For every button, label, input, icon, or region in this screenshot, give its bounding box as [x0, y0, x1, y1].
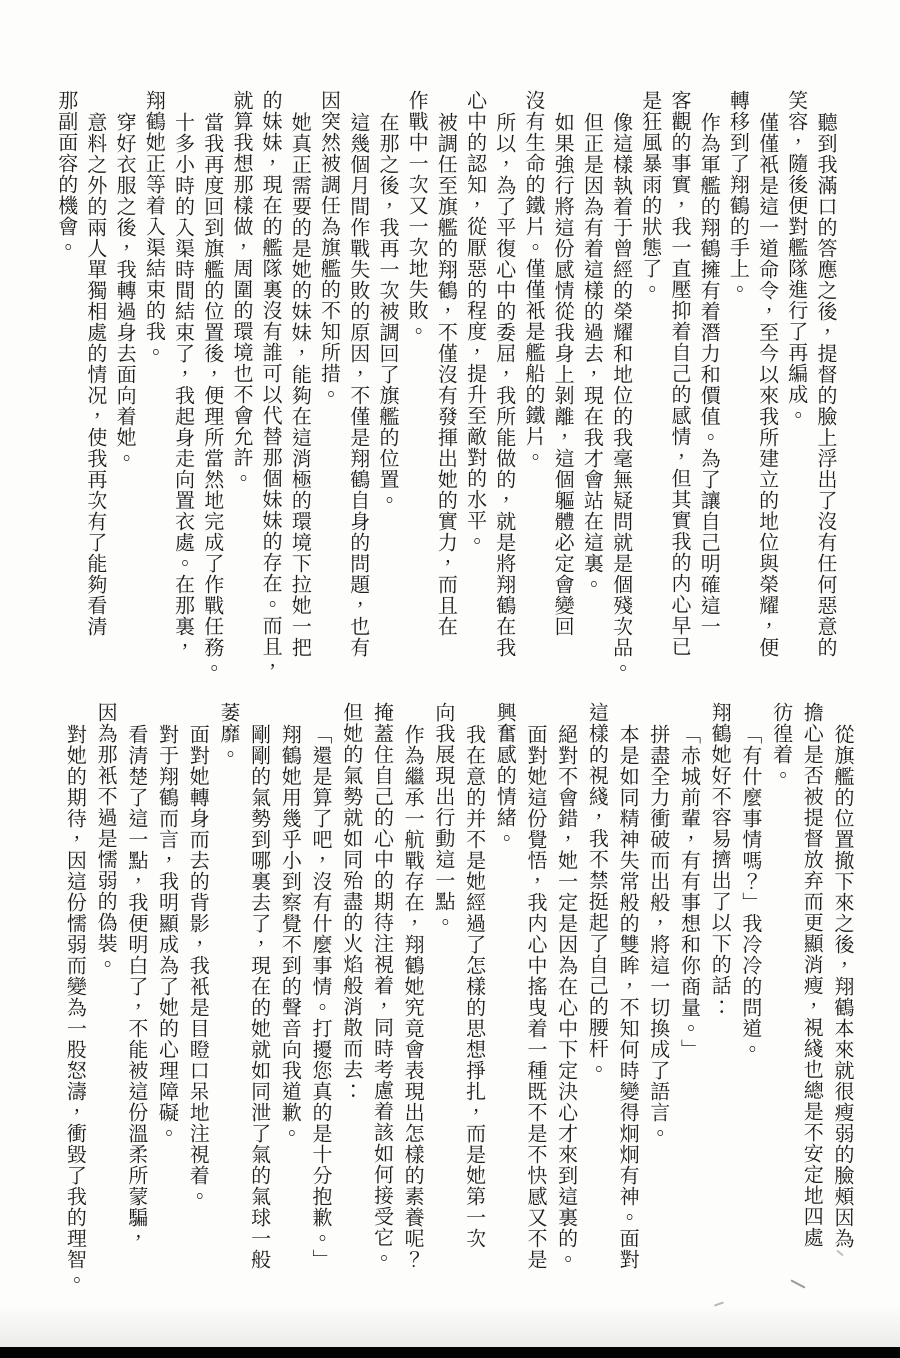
- text-column: 翔鶴她用幾乎小到察覺不到的聲音向我道歉。: [275, 702, 306, 1274]
- text-block-bottom: 從旗艦的位置撤下來之後，翔鶴本來就很瘦弱的臉頰因為擔心是否被提督放弃而更顯消瘦，…: [60, 702, 858, 1274]
- text-column: 穿好衣服之後，我轉過身去面向着她。: [110, 90, 139, 662]
- text-column: 翔鶴她好不容易擠出了以下的話：: [704, 702, 735, 1274]
- text-column: 因突然被調任為旗艦的不知所措。: [314, 90, 343, 662]
- text-column: 作戰中一次又一次地失敗。: [402, 90, 431, 662]
- text-column: 客觀的事實，我一直壓抑着自己的感情，但其實我的内心早已: [665, 90, 694, 662]
- text-column: 本是如同精神失常般的雙眸，不知何時變得炯炯有神。面對: [612, 702, 643, 1274]
- text-column: 那副面容的機會。: [52, 90, 81, 662]
- scanned-book-page: 聽到我滿口的答應之後，提督的臉上浮出了沒有任何惡意的笑容，隨後便對艦隊進行了再編…: [0, 0, 900, 1358]
- text-column: 意料之外的兩人單獨相處的情况，使我再次有了能夠看清: [81, 90, 110, 662]
- text-column: 她真正需要的是她的妹妹，能夠在這消極的環境下拉她一把: [285, 90, 314, 662]
- text-column: 面對她這份覺悟，我内心中搖曳着一種既不是不快感又不是: [520, 702, 551, 1274]
- text-column: 這樣的視綫，我不禁挺起了自己的腰杆。: [582, 702, 613, 1274]
- text-column: 這幾個月間作戰失敗的原因，不僅是翔鶴自身的問題，也有: [344, 90, 373, 662]
- text-column: 作為軍艦的翔鶴擁有着潛力和價值。為了讓自己明確這一: [694, 90, 723, 662]
- text-column: 絕對不會錯，她一定是因為在心中下定決心才來到這裏的。: [551, 702, 582, 1274]
- text-column: 對她的期待，因這份懦弱而變為一股怒濤，衝毀了我的理智。: [60, 702, 91, 1274]
- text-column: 「有什麼事情嗎？」我冷冷的問道。: [735, 702, 766, 1274]
- text-column: 「赤城前輩，有有事想和你商量。」: [674, 702, 705, 1274]
- text-column: 掩蓋住自己的心中的期待注視着，同時考慮着該如何接受它。: [367, 702, 398, 1274]
- text-column: 彷徨着。: [766, 702, 797, 1274]
- text-column: 從旗艦的位置撤下來之後，翔鶴本來就很瘦弱的臉頰因為: [827, 702, 858, 1274]
- text-column: 就算我想那樣做，周圍的環境也不會允許。: [227, 90, 256, 662]
- text-column: 興奮感的情緒。: [490, 702, 521, 1274]
- text-column: 轉移到了翔鶴的手上。: [723, 90, 752, 662]
- text-column: 擔心是否被提督放弃而更顯消瘦，視綫也總是不安定地四處: [797, 702, 828, 1274]
- page-bottom-shadow: [0, 1305, 900, 1347]
- text-column: 是狂風暴雨的狀態了。: [636, 90, 665, 662]
- text-column: 但她的氣勢就如同殆盡的火焰般消散而去：: [336, 702, 367, 1274]
- text-column: 翔鶴她正等着入渠結束的我。: [139, 90, 168, 662]
- text-column: 看清楚了這一點，我便明白了，不能被這份溫柔所蒙騙，: [121, 702, 152, 1274]
- text-column: 萎靡。: [213, 702, 244, 1274]
- page-edge-bar: [0, 1347, 900, 1358]
- scan-artifact: [790, 1279, 805, 1288]
- text-column: 對于翔鶴而言，我明顯成為了她的心理障礙。: [152, 702, 183, 1274]
- text-column: 我在意的并不是她經過了怎樣的思想掙扎，而是她第一次: [459, 702, 490, 1274]
- text-column: 僅僅衹是這一道命令，至今以來我所建立的地位與榮耀，便: [752, 90, 781, 662]
- text-column: 沒有生命的鐵片。僅僅衹是艦船的鐵片。: [519, 90, 548, 662]
- text-column: 像這樣執着于曾經的榮耀和地位的我毫無疑問就是個殘次品。: [606, 90, 635, 662]
- text-block-top: 聽到我滿口的答應之後，提督的臉上浮出了沒有任何惡意的笑容，隨後便對艦隊進行了再編…: [52, 90, 840, 662]
- text-column: 所以，為了平復心中的委屈，我所能做的，就是將翔鶴在我: [490, 90, 519, 662]
- text-column: 拼盡全力衝破而出般，將這一切換成了語言。: [643, 702, 674, 1274]
- text-column: 面對她轉身而去的背影，我衹是目瞪口呆地注視着。: [183, 702, 214, 1274]
- text-column: 在那之後，我再一次被調回了旗艦的位置。: [373, 90, 402, 662]
- text-column: 剛剛的氣勢到哪裏去了，現在的她就如同泄了氣的氣球一般: [244, 702, 275, 1274]
- text-column: 「還是算了吧，沒有什麼事情。打擾您真的是十分抱歉。」: [305, 702, 336, 1274]
- text-column: 被調任至旗艦的翔鶴，不僅沒有發揮出她的實力，而且在: [431, 90, 460, 662]
- text-column: 聽到我滿口的答應之後，提督的臉上浮出了沒有任何惡意的: [811, 90, 840, 662]
- text-column: 作為繼承一航戰存在，翔鶴她究竟會表現出怎樣的素養呢？: [397, 702, 428, 1274]
- text-column: 笑容，隨後便對艦隊進行了再編成。: [782, 90, 811, 662]
- text-column: 向我展現出行動這一點。: [428, 702, 459, 1274]
- text-column: 的妹妹，現在的艦隊裏沒有誰可以代替那個妹妹的存在。而且，: [256, 90, 285, 662]
- text-column: 心中的認知，從厭惡的程度，提升至敵對的水平。: [460, 90, 489, 662]
- text-column: 當我再度回到旗艦的位置後，便理所當然地完成了作戰任務。: [198, 90, 227, 662]
- text-column: 但正是因為有着這樣的過去，現在我才會站在這裏。: [577, 90, 606, 662]
- text-column: 十多小時的入渠時間結束了，我起身走向置衣處。在那裏，: [168, 90, 197, 662]
- text-column: 因為那衹不過是懦弱的偽裝。: [90, 702, 121, 1274]
- text-column: 如果強行將這份感情從我身上剝離，這個軀體必定會變回: [548, 90, 577, 662]
